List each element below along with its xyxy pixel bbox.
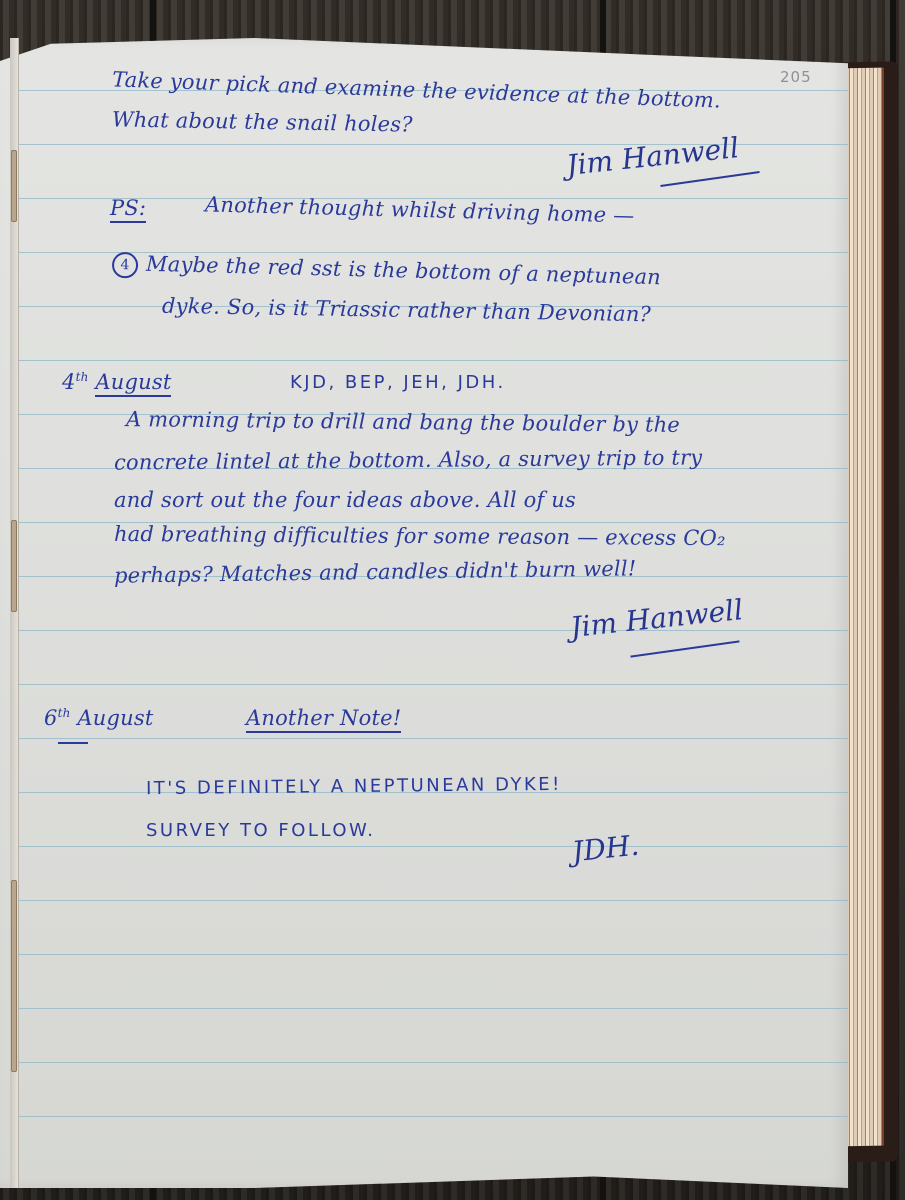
ruled-line [14, 1062, 848, 1063]
entry-line: had breathing difficulties for some reas… [114, 522, 726, 550]
entry-date-aug6: 6th August [44, 706, 153, 730]
ruled-line [14, 846, 848, 847]
ruled-line [14, 954, 848, 955]
participants: KJD, BEP, JEH, JDH. [290, 372, 506, 393]
page-number: 205 [780, 68, 812, 86]
date-underline [58, 742, 88, 744]
ruled-line [14, 684, 848, 685]
ruled-line [14, 900, 848, 901]
ruled-line [14, 1116, 848, 1117]
signature-jdh: JDH. [570, 829, 640, 869]
binding-stitch [11, 880, 17, 1072]
date-month: August [77, 706, 153, 730]
ruled-line [14, 738, 848, 739]
entry-line-caps: SURVEY TO FOLLOW. [146, 820, 375, 841]
ruled-line [14, 360, 848, 361]
date-day: 4 [62, 370, 76, 394]
aug6-heading: Another Note! [246, 706, 401, 730]
entry-date-aug4: 4th August [62, 370, 171, 394]
ps-label: PS: [110, 196, 146, 220]
aug6-heading-text: Another Note! [246, 706, 401, 733]
binding-stitch [11, 520, 17, 612]
ruled-line [14, 1008, 848, 1009]
item-number-circle: 4 [112, 251, 139, 278]
date-suffix: th [76, 370, 89, 384]
date-day: 6 [44, 706, 58, 730]
entry-line-caps: IT'S DEFINITELY A NEPTUNEAN DYKE! [146, 774, 562, 799]
entry-line: and sort out the four ideas above. All o… [114, 488, 576, 512]
ps-label-text: PS: [110, 196, 146, 223]
date-month: August [95, 370, 171, 397]
date-suffix: th [58, 706, 71, 720]
binding-stitch [11, 150, 17, 222]
ruled-line [14, 630, 848, 631]
entry-line: concrete lintel at the bottom. Also, a s… [114, 445, 703, 474]
